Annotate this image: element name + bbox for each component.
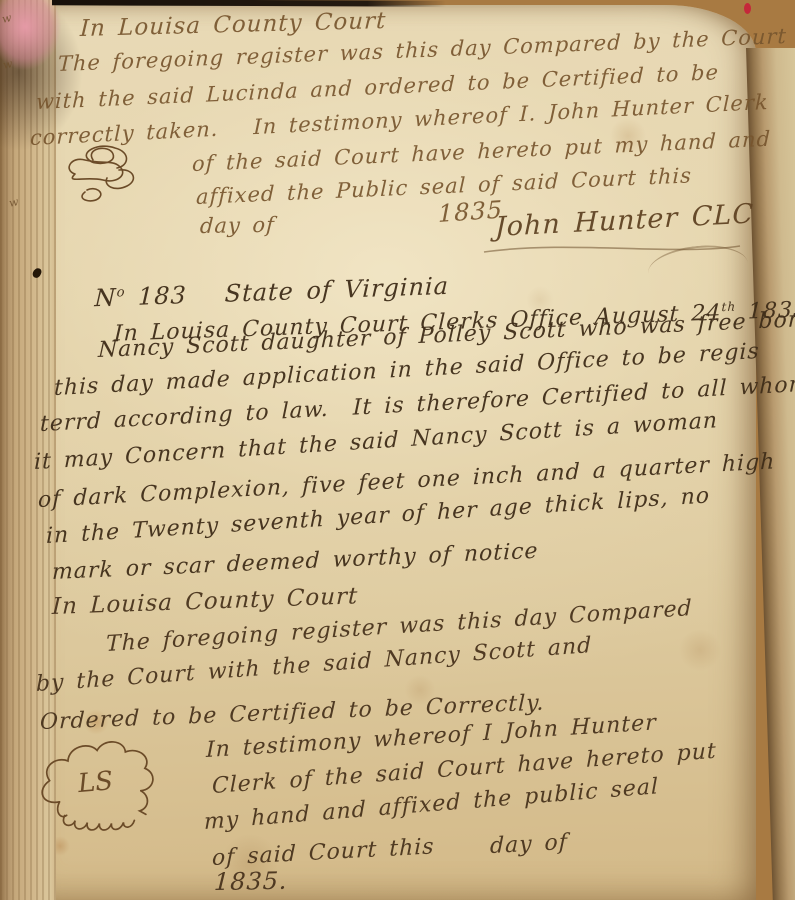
seal-flourish-icon (55, 140, 155, 208)
ls-seal-flourish-icon: LS (23, 722, 182, 845)
seal-label: LS (76, 766, 115, 799)
signature-flourish-icon (478, 240, 748, 258)
manuscript-photo: w w w In Louisa County Court The foregoi… (0, 0, 795, 900)
year-value: 1835 (438, 195, 503, 228)
year-value: 1835. (213, 867, 288, 896)
red-fleck (744, 3, 751, 14)
day-of-blank: day of (490, 830, 568, 859)
day-of-blank: day of (199, 213, 275, 238)
